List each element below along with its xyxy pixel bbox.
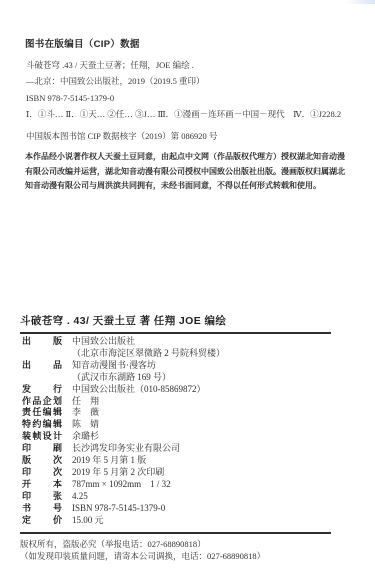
cip-heading: 图书在版编目（CIP）数据 [25,36,140,50]
quality-exchange-line: （如发现印装质量问题，请寄本公司调换，电话：027-68890818） [20,551,361,563]
row-label: 出版 [22,336,62,348]
row-label: 作品企划 [22,396,62,408]
divider-line-bottom [20,532,331,534]
row-label: 版次 [22,455,62,467]
row-value: 陈 婧 [72,419,99,429]
colophon-row-printing: 印次2019 年 5 月第 2 次印刷 [22,467,361,479]
row-value: ISBN 978-7-5145-1379-0 [72,503,165,513]
row-value: 4.25 [72,491,88,501]
colophon-row-price: 定价15.00 元 [22,515,361,527]
colophon-row-special-editor: 特约编辑陈 婧 [22,419,361,431]
row-label: 定价 [22,515,62,527]
colophon-row-publisher-address: （北京市海淀区翠微路 2 号院科贸楼） [22,348,361,360]
colophon-row-designer: 装帧设计余璐杉 [22,431,361,443]
row-value: 2019 年 5 月第 2 次印刷 [72,467,164,477]
row-value: 2019 年 5 月第 1 版 [72,455,146,465]
cip-isbn-line: ISBN 978-7-5145-1379-0 [26,90,361,106]
row-label: 书号 [22,503,62,515]
row-label: 出品 [22,360,62,372]
row-value: 任 翔 [72,396,99,406]
colophon-row-publisher: 出版中国致公出版社 [22,336,361,348]
colophon-row-distributor: 发行中国致公出版社（010-85869872） [22,384,361,396]
colophon-row-producer: 出品知音动漫图书·漫客坊 [22,360,361,372]
row-label: 印张 [22,491,62,503]
row-subvalue: （武汉市东湖路 169 号） [72,372,171,382]
scan-artifact [345,0,375,4]
row-value: 787mm × 1092mm 1 / 32 [72,479,171,489]
row-label: 发行 [22,384,62,396]
colophon-row-producer-address: （武汉市东湖路 169 号） [22,372,361,384]
row-label: 印刷 [22,443,62,455]
row-label: 装帧设计 [22,431,62,443]
cip-publisher-line: —北京：中国致公出版社，2019（2019.5 重印） [26,73,361,89]
divider-line-top [20,332,331,334]
cip-title-line: 斗破苍穹 .43 / 天蚕土豆著；任翔，JOE 编绘 . [26,57,361,73]
copyright-page: 图书在版编目（CIP）数据 斗破苍穹 .43 / 天蚕土豆著；任翔，JOE 编绘… [0,0,375,582]
row-label: 开本 [22,479,62,491]
row-label: 责任编辑 [22,407,62,419]
cip-classification-line: Ⅰ．①斗… Ⅱ．①天… ②任… ③J… Ⅲ．①漫画－连环画－中国－现代 Ⅳ．①J… [26,106,361,122]
book-title: 斗破苍穹 . 43/ 天蚕土豆 著 任翔 JOE 编绘 [20,313,226,328]
row-value: 知音动漫图书·漫客坊 [72,360,156,370]
anti-piracy-line: 版权所有，盗版必究（举报电话：027-68890818） [20,539,361,551]
row-value: 长沙鸿发印务实业有限公司 [72,443,180,453]
license-paragraph: 本作品经小说著作权人天蚕土豆同意，由起点中文网（作品版权代理方）授权湖北知音动漫… [25,150,345,194]
row-label: 印次 [22,467,62,479]
row-subvalue: （北京市海淀区翠微路 2 号院科贸楼） [72,348,225,358]
cip-record-number: 中国版本图书馆 CIP 数据核字（2019）第 086920 号 [26,130,217,142]
row-label: 特约编辑 [22,419,62,431]
row-value: 中国致公出版社（010-85869872） [72,384,206,394]
copyright-notice: 版权所有，盗版必究（举报电话：027-68890818） （如发现印装质量问题，… [20,539,361,562]
row-value: 15.00 元 [72,515,104,525]
colophon-row-planner: 作品企划任 翔 [22,396,361,408]
colophon-row-format: 开本787mm × 1092mm 1 / 32 [22,479,361,491]
row-value: 余璐杉 [72,431,99,441]
cip-block: 斗破苍穹 .43 / 天蚕土豆著；任翔，JOE 编绘 . —北京：中国致公出版社… [26,57,361,123]
colophon-row-isbn: 书号ISBN 978-7-5145-1379-0 [22,503,361,515]
colophon-row-sheets: 印张4.25 [22,491,361,503]
colophon-table: 出版中国致公出版社 （北京市海淀区翠微路 2 号院科贸楼） 出品知音动漫图书·漫… [22,336,361,527]
row-value: 中国致公出版社 [72,336,135,346]
colophon-row-printer: 印刷长沙鸿发印务实业有限公司 [22,443,361,455]
colophon-row-edition: 版次2019 年 5 月第 1 版 [22,455,361,467]
colophon-row-editor: 责任编辑李 薇 [22,407,361,419]
row-value: 李 薇 [72,407,99,417]
